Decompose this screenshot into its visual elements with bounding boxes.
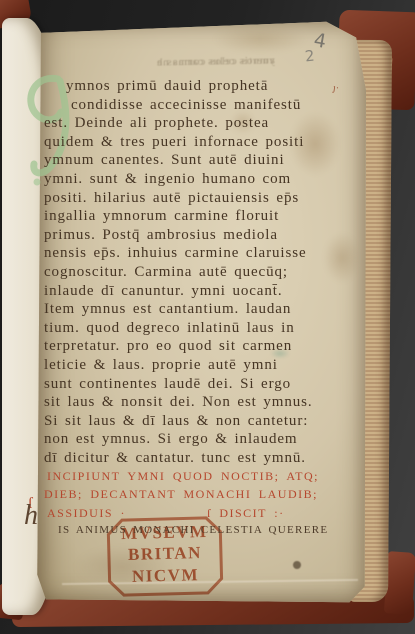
text-line: nensis ep̄s. inhuius carmine claruisse	[44, 245, 307, 262]
text-line: terpretatur. pro eo quod sit carmen	[44, 338, 292, 355]
text-line: primus. Postq̄ ambrosius mediola	[44, 227, 278, 244]
text-line: Si sit laus & dī laus & non cantetur:	[44, 413, 308, 430]
manuscript-text-block: ymnos primū dauid prophetācondidisse acc…	[0, 0, 415, 634]
text-line: dī dicitur & cantatur. tunc est ymnū.	[44, 450, 306, 467]
text-line: condidisse accecinisse manifestū	[71, 97, 301, 114]
text-line: leticie & laus. proprie autē ymni	[44, 357, 278, 374]
text-line: sunt continentes laudē dei. Si ergo	[44, 376, 291, 393]
text-line: tium. quod degreco inlatinū laus in	[44, 320, 295, 337]
text-line: ymni. sunt & ingenio humano com	[44, 171, 291, 188]
text-line: INCIPIUNT YMNI QUOD NOCTIB; ATQ;	[47, 469, 319, 484]
text-line: inlaude dī canuntur. ymni uocant̄.	[44, 283, 283, 300]
text-line: IS ANIMUS MONACHI CELESTIA QUERERE	[58, 524, 328, 536]
text-line: sit laus & nonsit dei. Non est ymnus.	[44, 394, 313, 411]
text-line: ymnos primū dauid prophetā	[66, 78, 268, 95]
text-line: ASSIDUIS · ſ DISCIT :·	[47, 506, 285, 521]
text-line: quidem & tres pueri infornace positi	[44, 134, 304, 151]
manuscript-photo: ymnos celos comas ne auertis celus carma…	[0, 0, 415, 634]
text-line: DIEB; DECANTANT MONACHI LAUDIB;	[44, 487, 318, 502]
text-line: positi. hilarius autē pictauiensis ep̄s	[44, 190, 299, 207]
text-line: Item ymnus est cantantium. laudan	[44, 301, 291, 318]
text-line: non est ymnus. Si ergo & inlaudem	[44, 431, 298, 448]
text-line: cognoscitur. Carmina autē quecūq;	[44, 264, 288, 281]
text-line: ymnum canentes. Sunt autē diuini	[44, 152, 285, 169]
text-line: ingallia ymnorum carmine floruit	[44, 208, 279, 225]
text-line: est. Deinde ali prophete. postea	[44, 115, 269, 132]
